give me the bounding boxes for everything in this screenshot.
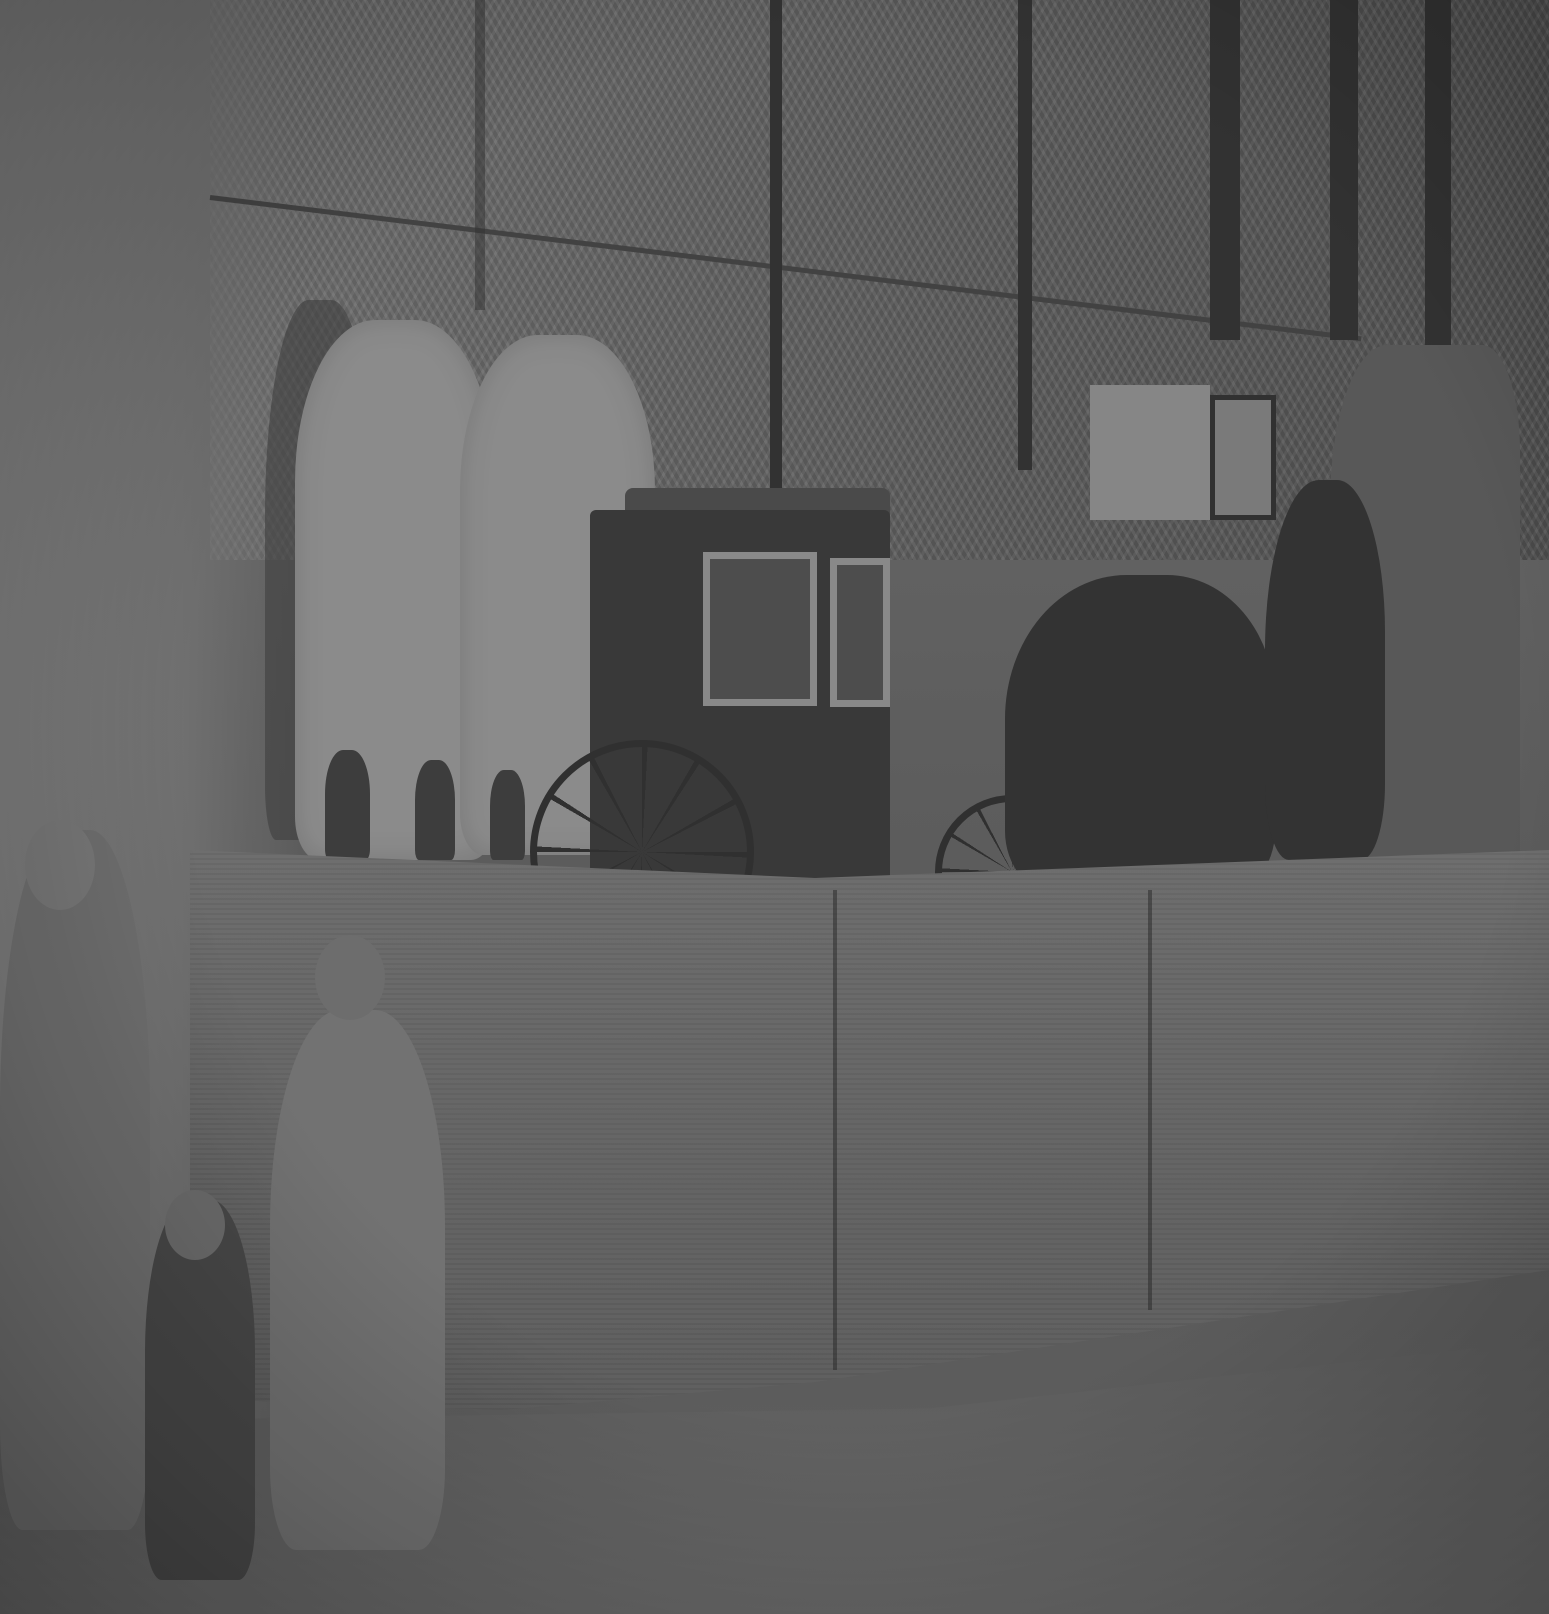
- dark-horse: [1265, 480, 1385, 860]
- carriage-window: [703, 552, 817, 706]
- lantern-panel: [1210, 395, 1276, 520]
- child-figure: [270, 1010, 445, 1550]
- backdrop-pole: [1210, 0, 1240, 340]
- dark-horse: [1005, 575, 1275, 895]
- child-head: [25, 820, 95, 910]
- backdrop-pole: [770, 0, 782, 500]
- child-figure: [0, 830, 150, 1530]
- lantern-box: [1090, 385, 1210, 520]
- wall-seam: [1148, 890, 1152, 1310]
- carriage-window: [830, 558, 890, 707]
- photograph: Historic stage set with painted horses a…: [0, 0, 1549, 1614]
- wall-seam: [833, 890, 837, 1370]
- backdrop-pole: [1330, 0, 1358, 340]
- horse-leg-gap: [325, 750, 370, 860]
- backdrop-pole: [1018, 0, 1032, 470]
- child-head: [315, 935, 385, 1020]
- backdrop-pole: [1425, 0, 1451, 400]
- child-head: [165, 1190, 225, 1260]
- horse-leg-gap: [415, 760, 455, 860]
- horse-leg-gap: [490, 770, 525, 860]
- backdrop-pole: [475, 0, 485, 310]
